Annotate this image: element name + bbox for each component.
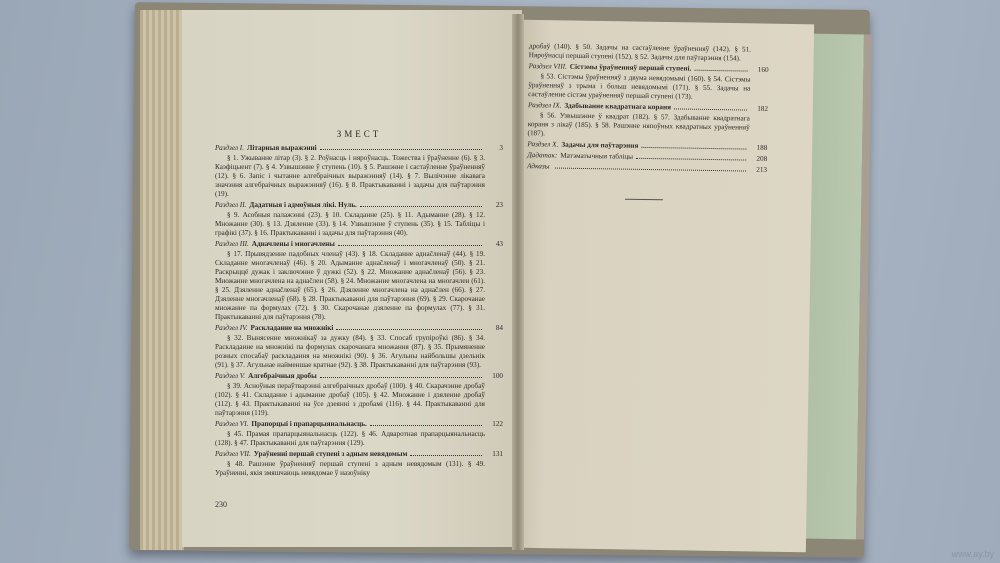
leader-dots: [694, 70, 747, 72]
section-title: Літарныя выражэнні: [247, 144, 317, 153]
toc-section-entry: Раздзел IV.Раскладанне на множнікі84: [215, 324, 503, 333]
section-title: Алгебраічныя дробы: [248, 372, 317, 381]
section-title: Дадатныя і адмоўныя лікі. Нуль.: [249, 201, 356, 210]
section-label: Раздзел VIII.: [529, 62, 567, 72]
section-page-number: 43: [485, 240, 503, 249]
section-label: Раздзел VII.: [215, 450, 251, 459]
watermark: www.ay.by: [952, 549, 994, 559]
leader-dots: [320, 149, 482, 150]
toc-paragraph-list: § 17. Прывядзенне падобных членаў (43). …: [215, 250, 485, 322]
leader-dots: [336, 329, 482, 330]
section-title: Ураўненні першай ступені з адным невядом…: [254, 450, 408, 459]
section-label: Адказы: [527, 162, 550, 171]
leader-dots: [410, 455, 482, 456]
toc-section-entry: Раздзел I.Літарныя выражэнні3: [215, 144, 503, 153]
leader-dots: [556, 168, 747, 172]
leader-dots: [674, 108, 747, 110]
toc-paragraph-list: § 48. Рашэнне ўраўненняў першай ступені …: [215, 460, 485, 478]
section-page-number: 160: [751, 66, 769, 75]
section-label: Раздзел IV.: [215, 324, 247, 333]
toc-right-column: дробаў (140). § 50. Задачы на састаўленн…: [527, 41, 769, 175]
section-label: Раздзел VI.: [215, 420, 248, 429]
leader-dots: [370, 425, 482, 426]
book-gutter: [512, 14, 524, 550]
toc-paragraph-list: § 56. Узвышэнне ў квадрат (182). § 57. З…: [528, 111, 750, 141]
section-page-number: 100: [485, 372, 503, 381]
toc-paragraph-list: § 1. Ужыванне літар (3). § 2. Роўнасць і…: [215, 154, 485, 199]
section-label: Раздзел I.: [215, 144, 244, 153]
section-page-number: 131: [485, 450, 503, 459]
section-title: Прапорцыі і прапарцыянальнасць.: [251, 420, 366, 429]
leader-dots: [641, 147, 746, 150]
section-title: Задачы для паўтарэння: [561, 141, 638, 151]
section-page-number: 188: [749, 144, 767, 153]
toc-paragraph-list: § 39. Асноўныя пераўтварэнні алгебраічны…: [215, 382, 485, 418]
toc-paragraph-list: дробаў (140). § 50. Задачы на састаўленн…: [529, 42, 751, 63]
toc-left-column: ЗМЕСТ Раздзел I.Літарныя выражэнні3§ 1. …: [215, 130, 503, 480]
section-page-number: 122: [485, 420, 503, 429]
toc-paragraph-list: § 32. Вынясенне множнікаў за дужку (84).…: [215, 334, 485, 370]
toc-left-entries: Раздзел I.Літарныя выражэнні3§ 1. Ужыван…: [215, 144, 503, 478]
section-label: Раздзел V.: [215, 372, 245, 381]
toc-right-entries: дробаў (140). § 50. Задачы на састаўленн…: [527, 42, 769, 175]
leader-dots: [320, 377, 482, 378]
leader-dots: [338, 245, 482, 246]
section-page-number: 23: [485, 201, 503, 210]
leader-dots: [360, 206, 482, 207]
leader-dots: [636, 158, 746, 161]
section-page-number: 3: [485, 144, 503, 153]
page-number: 230: [215, 500, 227, 509]
section-page-number: 84: [485, 324, 503, 333]
section-label: Дадатак:: [527, 151, 557, 160]
toc-section-entry: Раздзел VII.Ураўненні першай ступені з а…: [215, 450, 503, 459]
section-label: Раздзел III.: [215, 240, 249, 249]
section-label: Раздзел X.: [527, 140, 558, 149]
toc-paragraph-list: § 9. Асобныя палажэнні (23). § 10. Склад…: [215, 211, 485, 238]
toc-paragraph-list: § 45. Прамая прапарцыянальнасць (122). §…: [215, 430, 485, 448]
section-title: Матэматычныя табліцы: [560, 152, 633, 162]
section-label: Раздзел II.: [215, 201, 246, 210]
section-title: Раскладанне на множнікі: [250, 324, 333, 333]
page-stack-edge: [140, 10, 184, 550]
section-title: Сістэмы ўраўненняў першай ступені.: [570, 63, 692, 74]
toc-section-entry: Раздзел III.Адначлены і многачлены43: [215, 240, 503, 249]
toc-section-entry: Раздзел VI.Прапорцыі і прапарцыянальнасц…: [215, 420, 503, 429]
toc-section-entry: Раздзел V.Алгебраічныя дробы100: [215, 372, 503, 381]
section-page-number: 208: [749, 155, 767, 164]
section-page-number: 182: [750, 105, 768, 114]
section-label: Раздзел IX.: [528, 101, 562, 111]
section-title: Здабыванне квадратнага кораня: [564, 102, 671, 113]
toc-paragraph-list: § 53. Сістэмы ўраўненняў з двума невядом…: [528, 72, 750, 102]
toc-heading: ЗМЕСТ: [215, 130, 503, 139]
section-title: Адначлены і многачлены: [252, 240, 335, 249]
toc-section-entry: Раздзел II.Дадатныя і адмоўныя лікі. Нул…: [215, 201, 503, 210]
section-page-number: 213: [749, 166, 767, 175]
